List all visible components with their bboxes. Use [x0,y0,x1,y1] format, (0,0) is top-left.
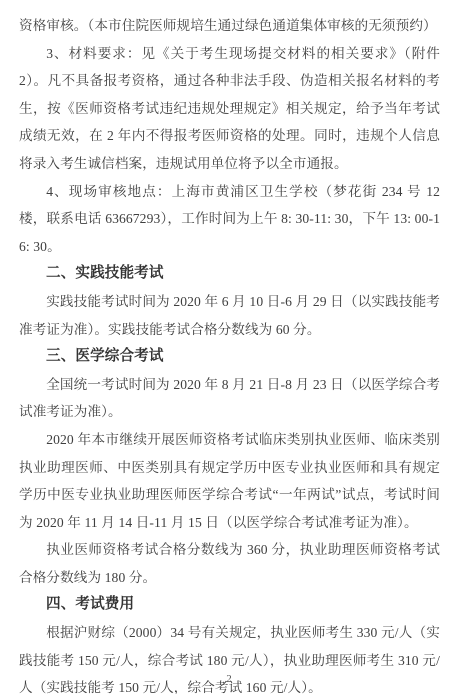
paragraph: 资格审核。（本市住院医师规培生通过绿色通道集体审核的无须预约） [19,12,440,40]
section-heading: 四、考试费用 [19,591,440,619]
paragraph: 4、现场审核地点：上海市黄浦区卫生学校（梦花街 234 号 12 楼，联系电话 … [19,178,440,261]
document-page: 资格审核。（本市住院医师规培生通过绿色通道集体审核的无须预约）3、材料要求：见《… [0,0,458,694]
paragraph: 3、材料要求：见《关于考生现场提交材料的相关要求》（附件 2）。凡不具备报考资格… [19,40,440,178]
paragraph: 2020 年本市继续开展医师资格考试临床类别执业医师、临床类别执业助理医师、中医… [19,426,440,536]
paragraph: 全国统一考试时间为 2020 年 8 月 21 日-8 月 23 日（以医学综合… [19,371,440,426]
section-heading: 三、医学综合考试 [19,343,440,371]
paragraph: 实践技能考试时间为 2020 年 6 月 10 日-6 月 29 日（以实践技能… [19,288,440,343]
paragraph: 执业医师资格考试合格分数线为 360 分，执业助理医师资格考试合格分数线为 18… [19,536,440,591]
document-body: 资格审核。（本市住院医师规培生通过绿色通道集体审核的无须预约）3、材料要求：见《… [19,12,440,694]
page-number: 2 [0,673,458,685]
section-heading: 二、实践技能考试 [19,260,440,288]
